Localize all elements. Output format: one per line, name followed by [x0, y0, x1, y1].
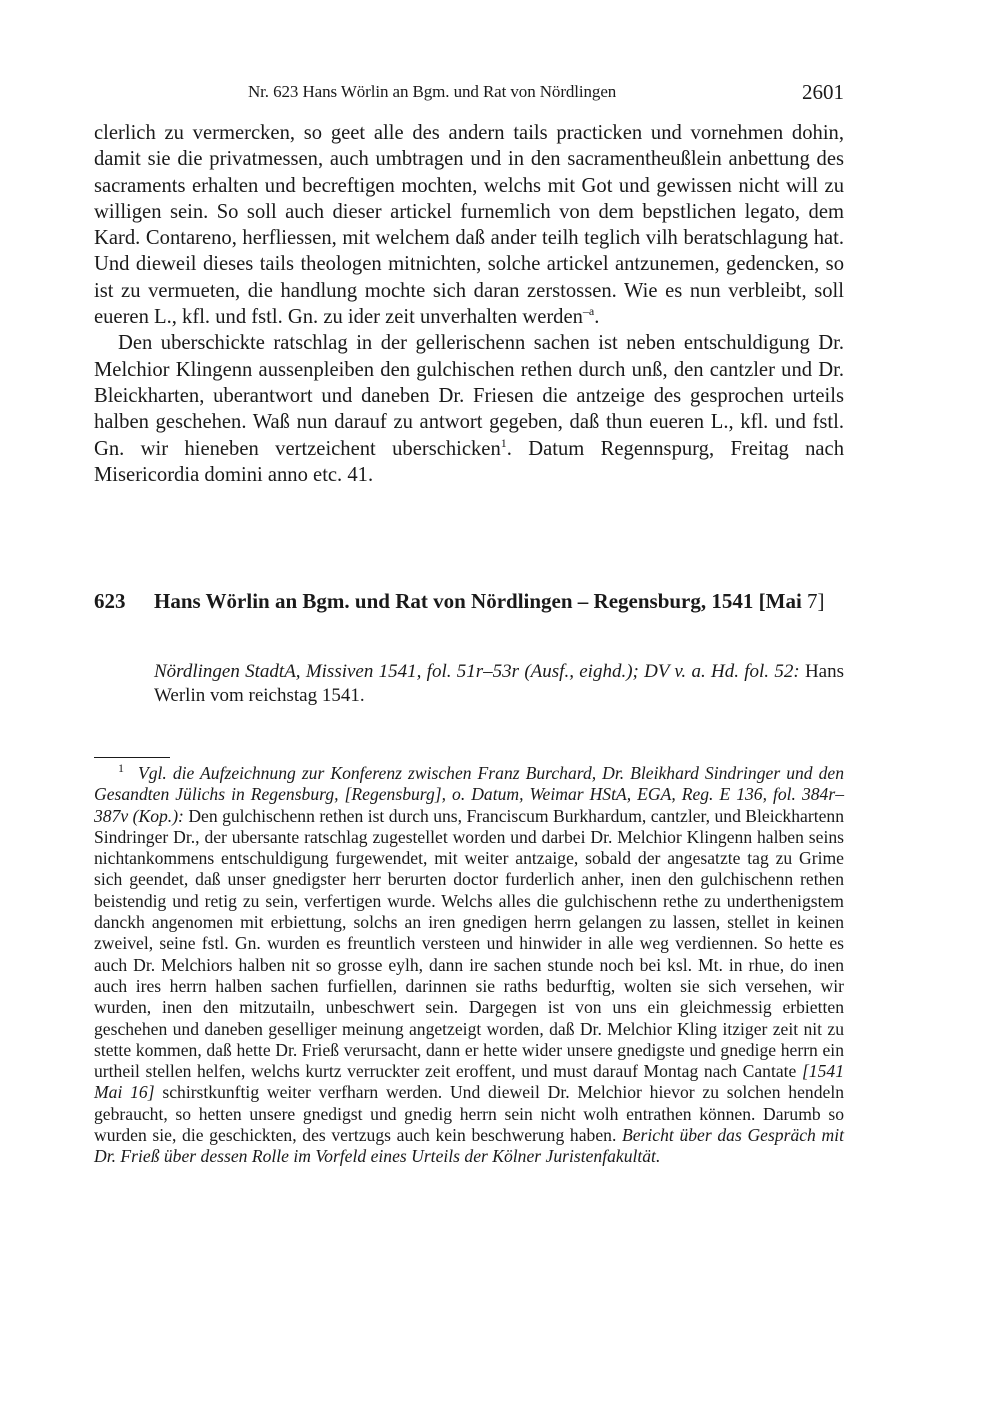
source-citation: Nördlingen StadtA, Missiven 1541, fol. 5… — [154, 661, 800, 682]
paragraph-2: Den uberschickte ratschlag in der geller… — [94, 330, 844, 488]
body-text: clerlich zu vermercken, so geet alle des… — [94, 120, 844, 488]
document-title: Hans Wörlin an Bgm. und Rat von Nördling… — [154, 588, 844, 615]
footnote-mark: 1 — [118, 761, 124, 775]
paragraph-1: clerlich zu vermercken, so geet alle des… — [94, 120, 844, 330]
source-note: Nördlingen StadtA, Missiven 1541, fol. 5… — [154, 660, 844, 708]
variant-mark: –a — [583, 304, 594, 318]
footnote-1: 1Vgl. die Aufzeichnung zur Konferenz zwi… — [94, 763, 844, 1168]
document-number: 623 — [94, 588, 126, 615]
running-title: Nr. 623 Hans Wörlin an Bgm. und Rat von … — [248, 82, 616, 102]
page-number: 2601 — [802, 80, 844, 105]
footnote-divider — [94, 757, 170, 758]
running-header: Nr. 623 Hans Wörlin an Bgm. und Rat von … — [94, 80, 844, 106]
